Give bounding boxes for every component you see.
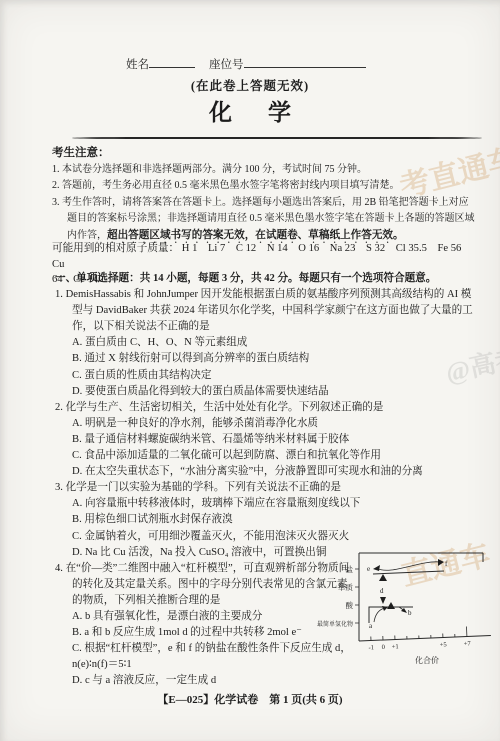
question-4-option-c-continued: n(e)∶n(f)＝5∶1	[72, 657, 353, 673]
name-seat-row: 姓名座位号	[126, 56, 366, 72]
notice-item-3: 3. 考生作答时，请将答案答在答题卡上。选择题每小题选出答案后，用 2B 铅笔把…	[52, 195, 477, 246]
question-3-option-c: C. 金属钠着火，可用细沙覆盖灭火，不能用泡沫灭火器灭火	[72, 529, 480, 545]
diagram-svg: 盐 单质 酸 最简单氢化物 -1 0 +1 +5 +7 化合价 e f	[343, 547, 497, 669]
lever-beam	[373, 571, 444, 574]
section-heading: 一、单项选择题：共 14 小题，每题 3 分，共 42 分。每题只有一个选项符合…	[55, 271, 480, 287]
question-3-option-a: A. 向容量瓶中转移液体时，玻璃棒下端应在容量瓶刻度线以下	[72, 496, 480, 512]
question-2-stem: 2. 化学与生产、生活密切相关，生活中处处有化学。下列叙述正确的是	[55, 400, 480, 416]
y-label-acid: 酸	[346, 600, 354, 610]
question-4-option-a: A. b 具有强氧化性，是漂白液的主要成分	[72, 609, 353, 625]
down-arrow-from-d	[380, 597, 386, 604]
paper-title-char1: 化	[209, 94, 232, 127]
atomic-masses-line1: 可能用到的相对原子质量： H 1 Li 7 C 12 N 14 O 16 Na …	[52, 241, 482, 272]
point-f: f	[445, 560, 448, 568]
y-label-element: 单质	[338, 582, 353, 592]
page-footer: 【E—025】化学试卷 第 1 页(共 6 页)	[0, 691, 500, 707]
x-axis-ticks	[371, 626, 467, 640]
valence-class-diagram: 盐 单质 酸 最简单氢化物 -1 0 +1 +5 +7 化合价 e f	[343, 547, 497, 669]
point-d: d	[380, 587, 384, 595]
invalid-answer-notice: (在此卷上答题无效)	[0, 76, 500, 94]
seat-blank-field	[244, 56, 366, 68]
x-axis-label: 化合价	[415, 655, 439, 665]
arrowhead-to-f	[438, 559, 444, 566]
question-3-stem: 3. 化学是一门以实验为基础的学科。下列有关说法不正确的是	[55, 480, 480, 496]
up-arrow-in-box	[387, 602, 395, 609]
paper-title-char2: 学	[268, 94, 291, 127]
question-2-option-a: A. 明矾是一种良好的净水剂，能够杀菌消毒净化水质	[72, 416, 480, 432]
question-4-option-c: C. 根据“杠杆模型”，e 和 f 的钠盐在酸性条件下反应生成 d，	[72, 641, 353, 657]
x-tick-plus1: +1	[392, 643, 399, 650]
lower-bracket	[369, 607, 413, 623]
question-3-option-b: B. 用棕色细口试剂瓶水封保存液溴	[72, 512, 480, 528]
lever-arc	[376, 562, 440, 570]
notice-item-2: 2. 答题前，考生务必用直径 0.5 毫米黑色墨水签字笔将密封线内项目填写清楚。	[52, 178, 477, 195]
exam-paper-page: 考直通车 @高考 直通车 姓名座位号 (在此卷上答题无效) 化 学 考生注意： …	[0, 0, 500, 741]
question-2-option-d: D. 在太空失重状态下，“水油分离实验”中，分液静置即可实现水和油的分离	[72, 464, 480, 480]
question-4-stem: 4. 在“价—类”二维图中融入“杠杆模型”，可直观辨析部分物质间的转化及其定量关…	[55, 561, 353, 609]
y-axis-ticks	[355, 569, 359, 623]
notice-heading: 考生注意：	[52, 145, 477, 162]
notice-item-1: 1. 本试卷分选择题和非选择题两部分。满分 100 分，考试时间 75 分钟。	[52, 162, 477, 179]
curve-a-to-fulcrum	[374, 608, 385, 622]
y-label-hydride: 最简单氢化物	[317, 620, 353, 628]
diagram-border	[359, 553, 483, 641]
point-a: a	[369, 622, 373, 630]
question-2-option-b: B. 量子通信材料螺旋碳纳米管、石墨烯等纳米材料属于胶体	[72, 432, 480, 448]
notice-item-3-emphasis: 超出答题区域书写的答案无效，在试题卷、草稿纸上作答无效。	[107, 230, 404, 241]
paper-title: 化 学	[0, 94, 500, 127]
fulcrum-up-triangle	[379, 574, 387, 581]
question-2: 2. 化学与生产、生活密切相关，生活中处处有化学。下列叙述正确的是 A. 明矾是…	[55, 400, 480, 480]
x-axis	[359, 635, 491, 641]
point-b: b	[408, 609, 412, 617]
name-label: 姓名	[126, 59, 149, 71]
question-4-option-d: D. c 与 a 溶液反应，一定生成 d	[72, 673, 353, 689]
question-4: 4. 在“价—类”二维图中融入“杠杆模型”，可直观辨析部分物质间的转化及其定量关…	[55, 561, 353, 690]
question-4-option-b: B. a 和 b 反应生成 1mol d 的过程中共转移 2mol e⁻	[72, 625, 353, 641]
question-1: 1. DemisHassabis 和 JohnJumper 因开发能根据蛋白质的…	[55, 287, 480, 400]
x-tick-0: 0	[382, 644, 386, 651]
x-axis-group: -1 0 +1 +5 +7	[359, 625, 492, 652]
x-tick-plus7: +7	[464, 640, 472, 647]
arrowhead-to-e	[373, 565, 380, 571]
header-divider-rule	[72, 137, 482, 139]
seat-label: 座位号	[209, 59, 244, 71]
question-2-option-c: C. 食品中添加适量的二氧化硫可以起到防腐、漂白和抗氧化等作用	[72, 448, 480, 464]
y-label-salt: 盐	[346, 564, 354, 574]
point-e: e	[367, 565, 370, 573]
question-1-option-d: D. 要使蛋白质晶化得到较大的蛋白质晶体需要快速结晶	[72, 384, 480, 400]
name-blank-field	[149, 56, 195, 68]
x-tick-minus1: -1	[368, 644, 374, 651]
candidate-notice: 考生注意： 1. 本试卷分选择题和非选择题两部分。满分 100 分，考试时间 7…	[52, 145, 477, 246]
question-1-option-c: C. 蛋白质的性质由其结构决定	[72, 368, 480, 384]
question-1-option-a: A. 蛋白质由 C、H、O、N 等元素组成	[72, 335, 480, 351]
x-tick-plus5: +5	[440, 641, 447, 648]
question-1-stem: 1. DemisHassabis 和 JohnJumper 因开发能根据蛋白质的…	[55, 287, 480, 335]
question-1-option-b: B. 通过 X 射线衍射可以得到高分辨率的蛋白质结构	[72, 351, 480, 367]
